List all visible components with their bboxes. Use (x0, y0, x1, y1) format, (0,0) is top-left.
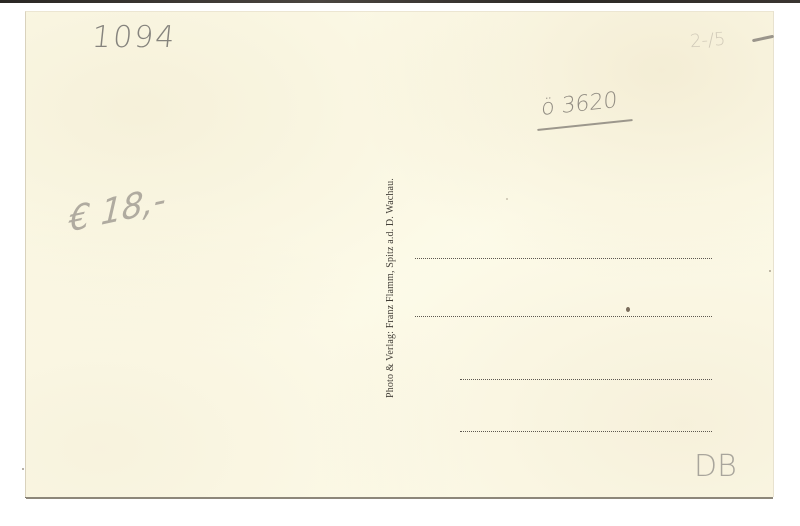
paper-speck (22, 468, 24, 470)
address-line-4 (460, 431, 712, 432)
paper-speck (506, 198, 508, 200)
scan-edge-strip (0, 0, 800, 3)
faint-corner-marking: 2-/5 (689, 29, 726, 52)
address-line-1 (415, 258, 712, 259)
paper-speck (769, 270, 771, 272)
handwritten-inventory-number: 1094 (90, 20, 178, 55)
paper-speck (626, 307, 630, 312)
publisher-imprint: Photo & Verlag: Franz Flamm, Spitz a.d. … (385, 68, 396, 398)
address-line-3 (460, 379, 712, 380)
postcard-back (25, 11, 773, 497)
handwritten-initials: DB (694, 449, 737, 484)
address-line-2 (415, 316, 712, 317)
